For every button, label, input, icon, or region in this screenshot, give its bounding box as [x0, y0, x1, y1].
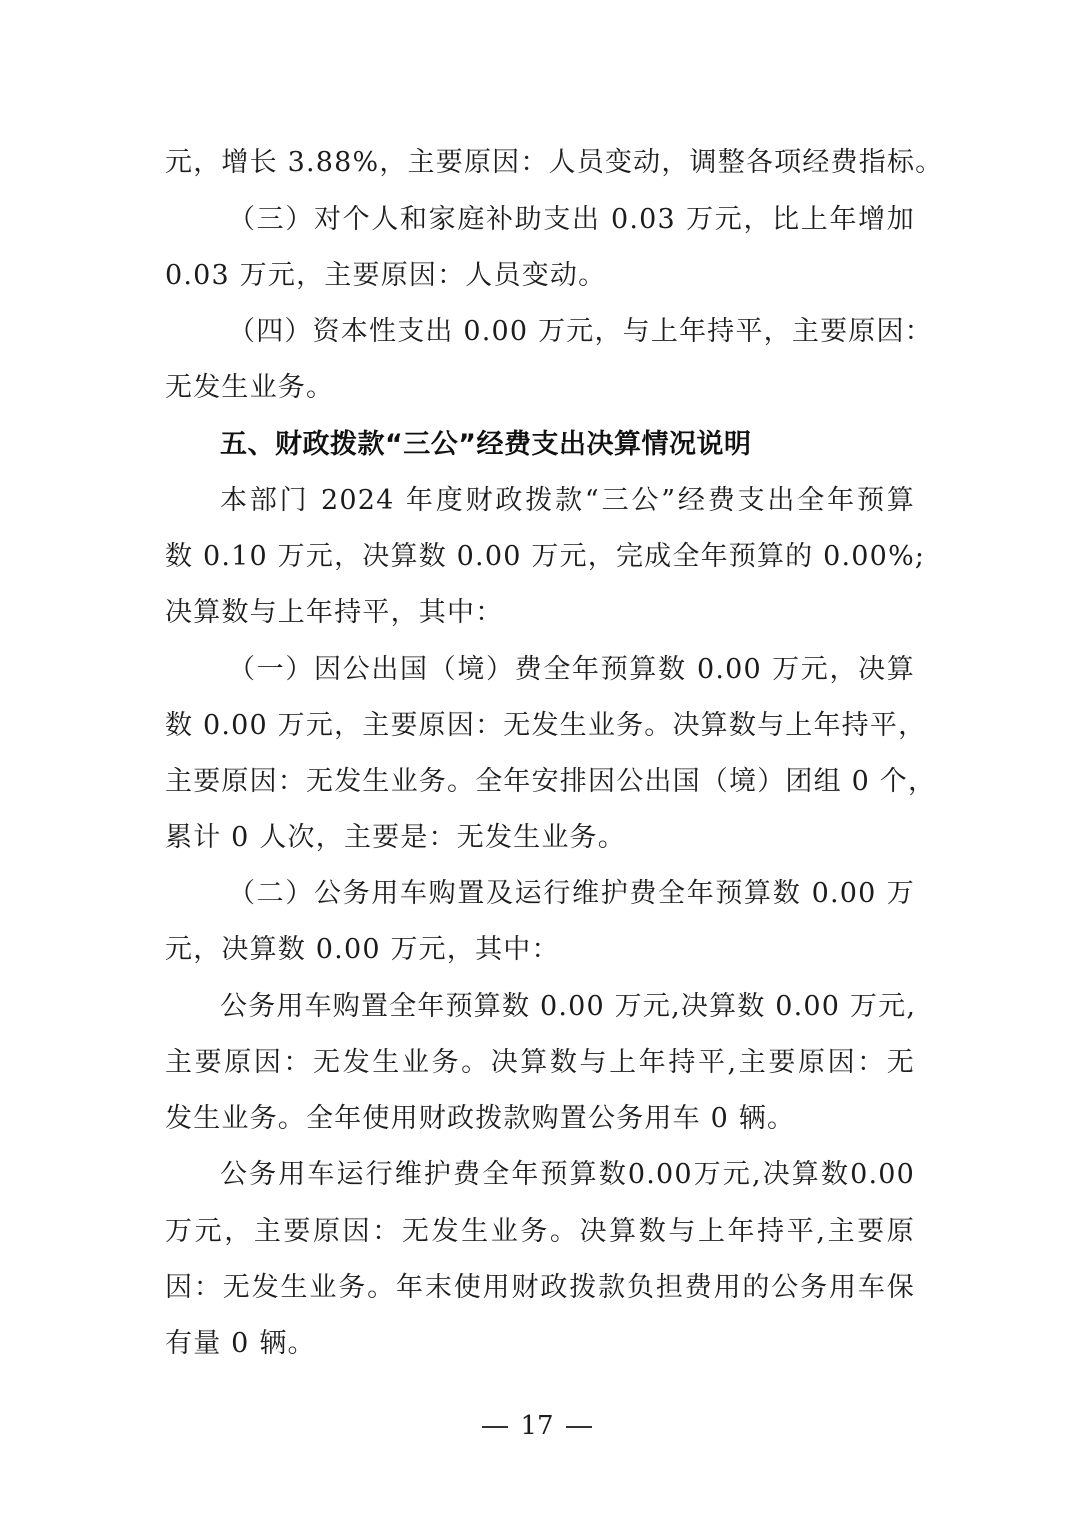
paragraph-line: 发生业务。全年使用财政拨款购置公务用车 0 辆。: [165, 1101, 915, 1137]
paragraph-line: 无发生业务。: [165, 370, 915, 406]
paragraph-line: 元，决算数 0.00 万元，其中：: [165, 932, 915, 968]
document-page: 元，增长 3.88%，主要原因：人员变动，调整各项经费指标。 （三）对个人和家庭…: [0, 0, 1074, 1520]
paragraph-line: （一）因公出国（境）费全年预算数 0.00 万元，决算: [228, 652, 915, 688]
paragraph-line: 0.03 万元，主要原因：人员变动。: [165, 258, 915, 294]
paragraph-line: 主要原因：无发生业务。决算数与上年持平,主要原因：无: [165, 1045, 915, 1081]
section-heading: 五、财政拨款“三公”经费支出决算情况说明: [220, 427, 915, 463]
paragraph-line: 决算数与上年持平，其中：: [165, 595, 915, 631]
paragraph-line: 本部门 2024 年度财政拨款“三公”经费支出全年预算: [220, 483, 915, 519]
paragraph-line: 主要原因：无发生业务。全年安排因公出国（境）团组 0 个，: [165, 764, 915, 800]
paragraph-line: （二）公务用车购置及运行维护费全年预算数 0.00 万: [228, 876, 915, 912]
paragraph-line: （三）对个人和家庭补助支出 0.03 万元，比上年增加: [228, 202, 915, 238]
page-footer: 17: [0, 1408, 1074, 1444]
paragraph-line: 数 0.00 万元，主要原因：无发生业务。决算数与上年持平，: [165, 708, 915, 744]
dash-left: [482, 1426, 508, 1428]
paragraph-line: 公务用车运行维护费全年预算数0.00万元,决算数0.00: [220, 1157, 915, 1193]
page-number: 17: [520, 1411, 553, 1441]
paragraph-line: 公务用车购置全年预算数 0.00 万元,决算数 0.00 万元,: [220, 989, 915, 1025]
paragraph-line: 因：无发生业务。年末使用财政拨款负担费用的公务用车保: [165, 1270, 915, 1306]
paragraph-line: 累计 0 人次，主要是：无发生业务。: [165, 820, 915, 856]
dash-right: [566, 1426, 592, 1428]
paragraph-line: 数 0.10 万元，决算数 0.00 万元，完成全年预算的 0.00%;: [165, 539, 915, 575]
paragraph-line: 万元，主要原因：无发生业务。决算数与上年持平,主要原: [165, 1214, 915, 1250]
paragraph-line: （四）资本性支出 0.00 万元，与上年持平，主要原因：: [228, 314, 915, 350]
paragraph-line: 元，增长 3.88%，主要原因：人员变动，调整各项经费指标。: [165, 145, 915, 181]
paragraph-line: 有量 0 辆。: [165, 1326, 915, 1362]
